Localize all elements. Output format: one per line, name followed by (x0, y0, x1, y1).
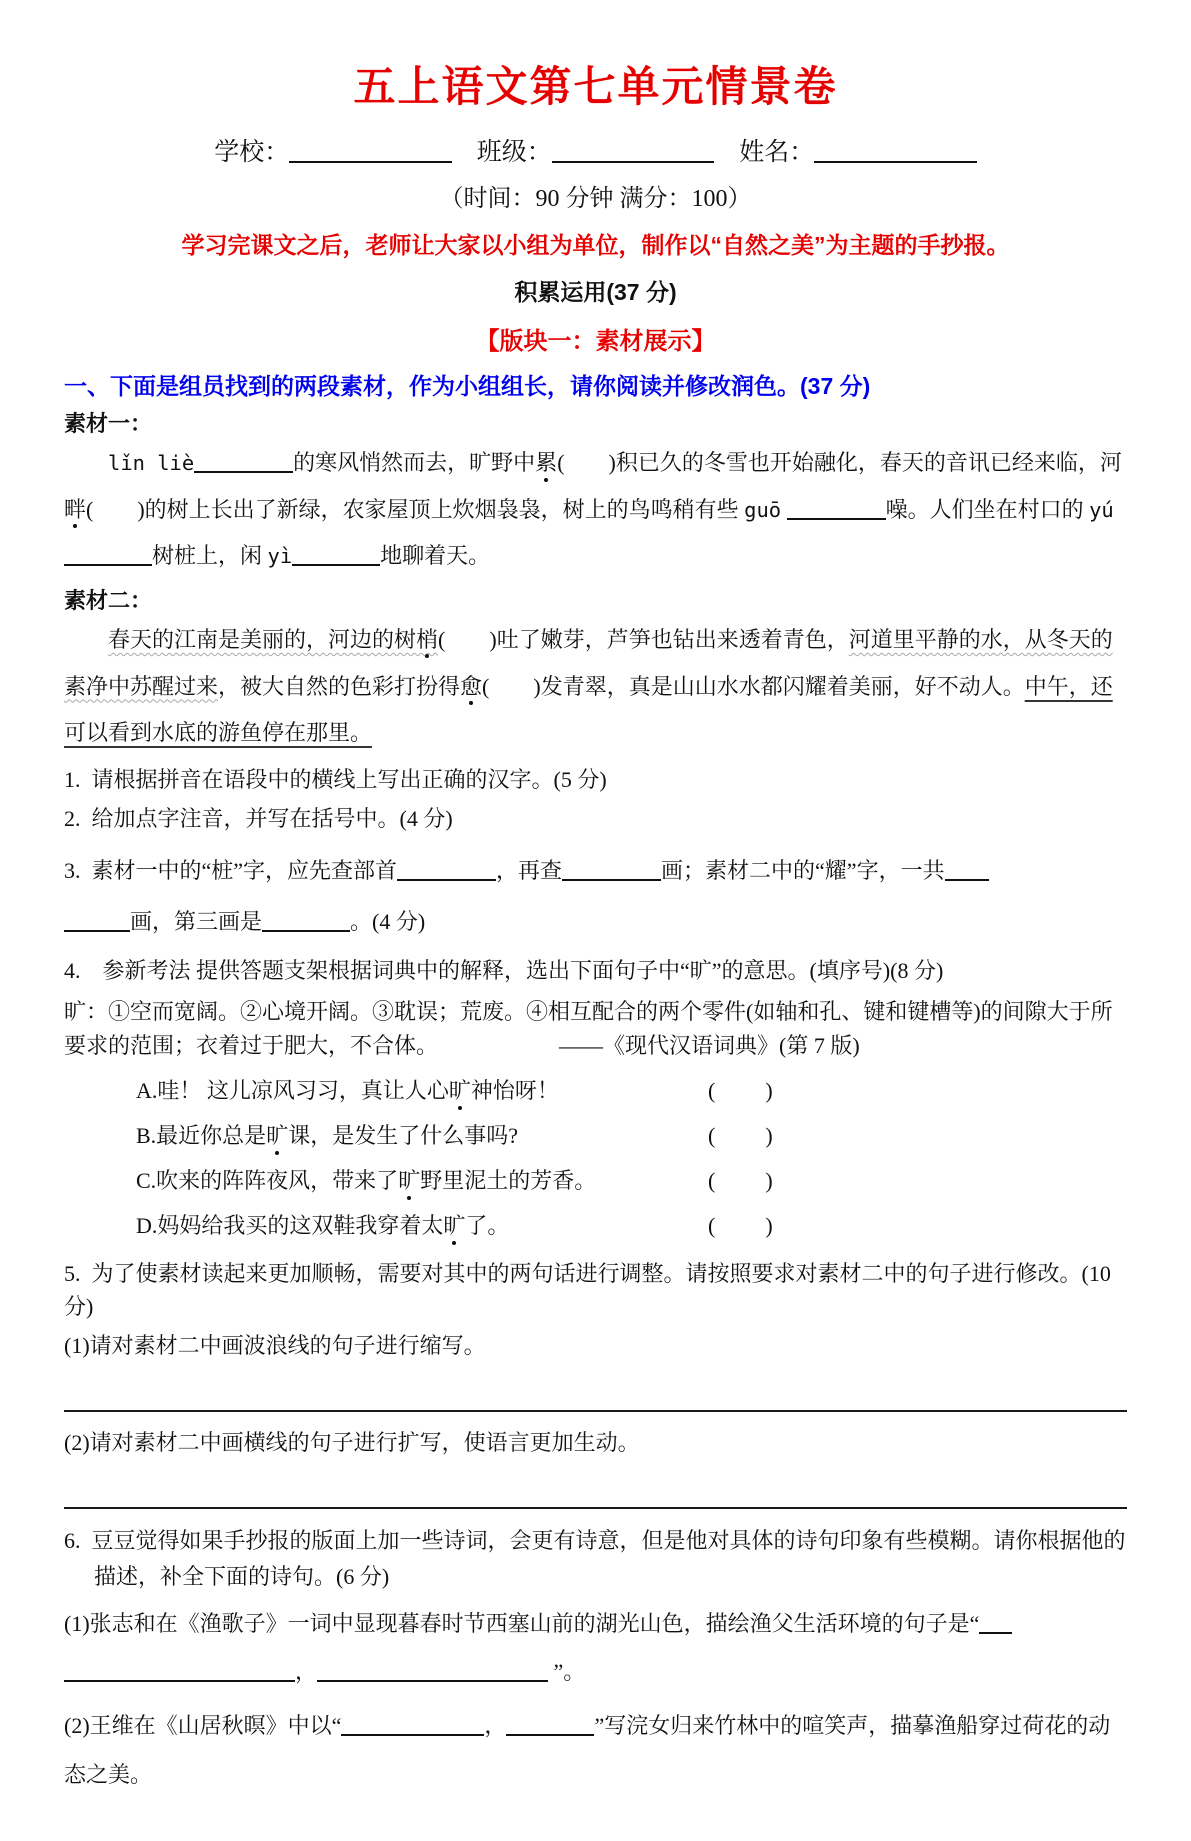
text-segment: B.最近你总是 (136, 1123, 266, 1148)
q4-option-a-answer-paren: ( ) (708, 1074, 775, 1105)
fill-in-blank (64, 908, 130, 932)
section-heading-accumulation: 积累运用(37 分) (64, 274, 1127, 307)
text-segment: 树桩上，闲 (152, 543, 268, 568)
exam-paper-page: { "page": { "title": "五上语文第七单元情景卷", "col… (0, 0, 1191, 1841)
q4-option-c-answer-paren: ( ) (708, 1164, 775, 1195)
text-segment: 班级： (452, 139, 552, 166)
question-6: 6. 豆豆觉得如果手抄报的版面上加一些诗词，会更有诗意，但是他对具体的诗句印象有… (64, 1523, 1127, 1593)
text-segment: 画，第三画是 (130, 909, 262, 934)
text-segment: 梢 (416, 627, 438, 652)
text-segment: yì (268, 544, 293, 568)
fill-in-blank (506, 1712, 594, 1736)
text-segment: A.哇！ 这儿凉风习习，真让人心 (136, 1078, 449, 1103)
student-info-line: 学校： 班级： 姓名： (64, 132, 1127, 168)
fill-in-blank (194, 449, 293, 473)
text-segment: 课，是发生了什么事吗? (288, 1123, 518, 1148)
text-segment: 学校： (214, 139, 289, 166)
text-segment: 。(4 分) (350, 909, 425, 934)
material-2-label: 素材二： (64, 584, 1127, 615)
q4-option-b-text: B.最近你总是旷课，是发生了什么事吗? (136, 1119, 708, 1150)
material-1-label: 素材一： (64, 407, 1127, 438)
fill-in-blank (945, 857, 989, 881)
fill-in-blank (64, 542, 152, 566)
fill-in-blank (814, 136, 977, 163)
question-4-dictionary-entry: 旷：①空而宽阔。②心境开阔。③耽误；荒废。④相互配合的两个零件(如轴和孔、键和键… (64, 995, 1127, 1063)
material-2-text: 春天的江南是美丽的，河边的树梢( )吐了嫩芽，芦笋也钻出来透着青色，河道里平静的… (64, 617, 1127, 757)
answer-line-2 (64, 1505, 1127, 1509)
text-segment: ，再查 (496, 858, 562, 883)
question-6-sub2: (2)王维在《山居秋暝》中以“，”写浣女归来竹林中的喧笑声，描摹渔船穿过荷花的动… (64, 1702, 1127, 1799)
fill-in-blank (979, 1610, 1012, 1634)
text-segment: lǐn liè (108, 451, 194, 475)
text-segment: 旷 (443, 1213, 465, 1238)
text-segment: yú (1089, 498, 1114, 522)
text-segment: 春天的江南是美丽的，河边的树 (108, 627, 416, 652)
text-segment: 神怡呀！ (471, 1078, 559, 1103)
text-segment: ( )吐了嫩芽，芦笋也钻出来透着青色， (438, 627, 849, 652)
text-segment: 地聊着天。 (380, 543, 490, 568)
question-6-sub1: (1)张志和在《渔歌子》一词中显现暮春时节西塞山前的湖光山色，描绘渔父生活环境的… (64, 1600, 1127, 1697)
fill-in-blank (292, 542, 380, 566)
text-segment: 野里泥土的芳香。 (420, 1168, 596, 1193)
text-segment: C.吹来的阵阵夜风，带来了 (136, 1168, 398, 1193)
question-3: 3. 素材一中的“桩”字，应先查部首，再查画；素材二中的“耀”字，一共画，第三画… (64, 845, 1127, 948)
text-segment: 画；素材二中的“耀”字，一共 (661, 858, 945, 883)
text-segment: 愈 (460, 674, 482, 699)
text-segment: guō (744, 498, 781, 522)
q4-option-a: A.哇！ 这儿凉风习习，真让人心旷神怡呀！ ( ) (64, 1067, 1127, 1112)
q4-option-d: D.妈妈给我买的这双鞋我穿着太旷了。 ( ) (64, 1202, 1127, 1247)
question-5-sub1: (1)请对素材二中画波浪线的句子进行缩写。 (64, 1329, 1127, 1362)
material-1-text: lǐn liè的寒风悄然而去，旷野中累( )积已久的冬雪也开始融化，春天的音讯已… (64, 440, 1127, 580)
text-segment: 姓名： (714, 139, 814, 166)
text-segment (64, 627, 108, 652)
fill-in-blank (262, 908, 350, 932)
text-segment: D.妈妈给我买的这双鞋我穿着太 (136, 1213, 443, 1238)
text-segment: ( )积已久的冬雪也开始融化，春天的音讯已经来临，河 (557, 450, 1122, 475)
paper-title: 五上语文第七单元情景卷 (64, 54, 1127, 114)
fill-in-blank (317, 1658, 548, 1682)
fill-in-blank (562, 857, 661, 881)
text-segment (64, 450, 108, 475)
fill-in-blank (64, 1658, 295, 1682)
q4-option-d-text: D.妈妈给我买的这双鞋我穿着太旷了。 (136, 1209, 708, 1240)
part-one-instruction: 一、下面是组员找到的两段素材，作为小组组长，请你阅读并修改润色。(37 分) (64, 368, 1127, 401)
text-segment: ， (295, 1659, 317, 1684)
fill-in-blank (397, 857, 496, 881)
module-one-heading: 【版块一：素材展示】 (64, 321, 1127, 356)
q4-option-d-answer-paren: ( ) (708, 1209, 775, 1240)
text-segment: 3. 素材一中的“桩”字，应先查部首 (64, 858, 397, 883)
fill-in-blank (787, 496, 886, 520)
question-5-sub2: (2)请对素材二中画横线的句子进行扩写，使语言更加生动。 (64, 1426, 1127, 1459)
exam-time-score-line: （时间：90 分钟 满分：100） (64, 178, 1127, 213)
text-segment: 累 (535, 450, 557, 475)
text-segment: ( )发青翠，真是山山水水都闪耀着美丽，好不动人。 (482, 674, 1025, 699)
q4-option-c-text: C.吹来的阵阵夜风，带来了旷野里泥土的芳香。 (136, 1164, 708, 1195)
text-segment: 旷 (266, 1123, 288, 1148)
text-segment: ( )的树上长出了新绿，农家屋顶上炊烟袅袅，树上的鸟鸣稍有些 (86, 497, 744, 522)
text-segment: 畔 (64, 497, 86, 522)
text-segment: 了。 (465, 1213, 509, 1238)
text-segment: 旷 (449, 1078, 471, 1103)
text-segment: ， (484, 1713, 506, 1738)
scenario-note: 学习完课文之后，老师让大家以小组为单位，制作以“自然之美”为主题的手抄报。 (64, 227, 1127, 260)
text-segment: (2)王维在《山居秋暝》中以“ (64, 1713, 341, 1738)
q4-option-c: C.吹来的阵阵夜风，带来了旷野里泥土的芳香。 ( ) (64, 1157, 1127, 1202)
text-segment: ，被大自然的色彩打扮得 (218, 674, 460, 699)
question-2: 2. 给加点字注音，并写在括号中。(4 分) (64, 802, 1127, 835)
answer-line-1 (64, 1408, 1127, 1412)
question-4-intro: 4. 参新考法 提供答题支架根据词典中的解释，选出下面句子中“旷”的意思。(填序… (64, 954, 1127, 987)
question-5: 5. 为了使素材读起来更加顺畅，需要对其中的两句话进行调整。请按照要求对素材二中… (64, 1257, 1127, 1323)
text-segment: ”。 (548, 1659, 585, 1684)
question-1: 1. 请根据拼音在语段中的横线上写出正确的汉字。(5 分) (64, 763, 1127, 796)
text-segment: 的寒风悄然而去，旷野中 (293, 450, 535, 475)
text-segment (1114, 497, 1120, 522)
q4-option-b: B.最近你总是旷课，是发生了什么事吗? ( ) (64, 1112, 1127, 1157)
text-segment: 旷 (398, 1168, 420, 1193)
fill-in-blank (289, 136, 452, 163)
q4-option-a-text: A.哇！ 这儿凉风习习，真让人心旷神怡呀！ (136, 1074, 708, 1105)
fill-in-blank (552, 136, 715, 163)
q4-option-b-answer-paren: ( ) (708, 1119, 775, 1150)
fill-in-blank (341, 1712, 484, 1736)
text-segment: (1)张志和在《渔歌子》一词中显现暮春时节西塞山前的湖光山色，描绘渔父生活环境的… (64, 1611, 979, 1636)
text-segment: 噪。人们坐在村口的 (886, 497, 1090, 522)
